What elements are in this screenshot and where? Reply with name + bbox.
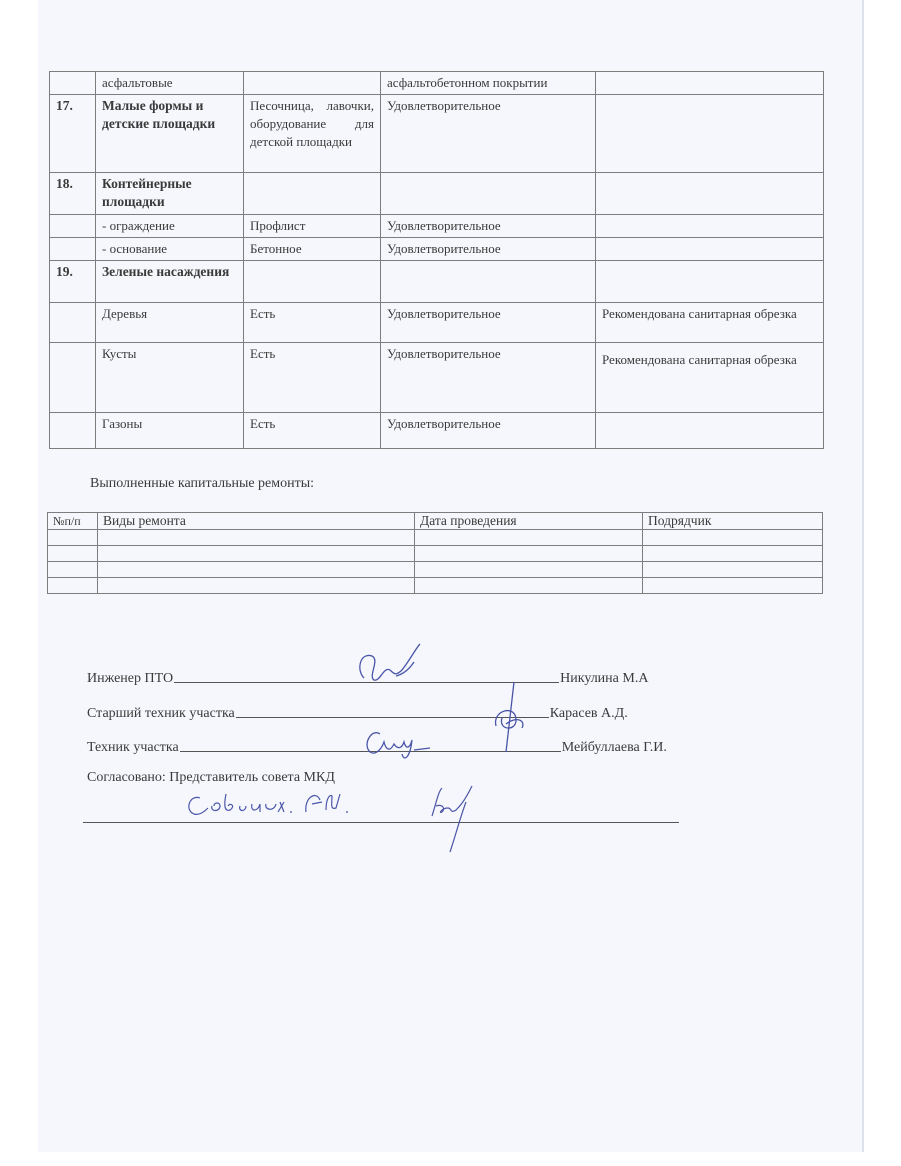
- column-header: Виды ремонта: [98, 513, 415, 530]
- table-row: [48, 546, 823, 562]
- column-header: Подрядчик: [643, 513, 823, 530]
- cell-num: [50, 303, 96, 343]
- cell-num: [50, 413, 96, 449]
- cell-condition: Удовлетворительное: [381, 303, 596, 343]
- empty-cell: [643, 546, 823, 562]
- handwritten-signature-icon: [350, 640, 430, 690]
- handwritten-signature-icon: [486, 680, 536, 760]
- cell-element: - ограждение: [96, 215, 244, 238]
- cell-note: [596, 215, 824, 238]
- cell-condition: [381, 261, 596, 303]
- empty-cell: [415, 562, 643, 578]
- cell-num: [50, 238, 96, 261]
- cell-condition: Удовлетворительное: [381, 215, 596, 238]
- cell-num: 19.: [50, 261, 96, 303]
- table-row: [48, 530, 823, 546]
- empty-cell: [98, 546, 415, 562]
- table-row: - ограждениеПрофлистУдовлетворительное: [50, 215, 824, 238]
- cell-material: Есть: [244, 413, 381, 449]
- cell-condition: Удовлетворительное: [381, 343, 596, 413]
- empty-cell: [48, 562, 98, 578]
- cell-element: Контейнерные площадки: [96, 173, 244, 215]
- cell-material: Профлист: [244, 215, 381, 238]
- cell-condition: асфальтобетонном покрытии: [381, 72, 596, 95]
- empty-cell: [98, 562, 415, 578]
- empty-cell: [643, 578, 823, 594]
- signature-name: Карасев А.Д.: [550, 706, 628, 721]
- cell-condition: Удовлетворительное: [381, 95, 596, 173]
- cell-num: [50, 72, 96, 95]
- table-row: КустыЕстьУдовлетворительноеРекомендована…: [50, 343, 824, 413]
- cell-material: Песочница, лавочки, оборудование для дет…: [244, 95, 381, 173]
- table-row: 19.Зеленые насаждения: [50, 261, 824, 303]
- table-row: - основаниеБетонноеУдовлетворительное: [50, 238, 824, 261]
- table-row: ГазоныЕстьУдовлетворительное: [50, 413, 824, 449]
- table-row: [48, 562, 823, 578]
- cell-material: [244, 72, 381, 95]
- cell-material: Есть: [244, 343, 381, 413]
- cell-element: Деревья: [96, 303, 244, 343]
- cell-condition: Удовлетворительное: [381, 413, 596, 449]
- empty-cell: [98, 530, 415, 546]
- signature-name: Мейбуллаева Г.И.: [562, 740, 667, 755]
- cell-note: [596, 72, 824, 95]
- cell-num: [50, 215, 96, 238]
- cell-element: Зеленые насаждения: [96, 261, 244, 303]
- cell-element: асфальтовые: [96, 72, 244, 95]
- cell-condition: [381, 173, 596, 215]
- empty-cell: [98, 578, 415, 594]
- table-row: ДеревьяЕстьУдовлетворительноеРекомендова…: [50, 303, 824, 343]
- cell-material: [244, 173, 381, 215]
- cell-material: [244, 261, 381, 303]
- cell-num: 18.: [50, 173, 96, 215]
- repairs-table: №п/пВиды ремонтаДата проведенияПодрядчик: [47, 512, 823, 594]
- cell-note: [596, 238, 824, 261]
- cell-num: 17.: [50, 95, 96, 173]
- empty-cell: [643, 562, 823, 578]
- cell-note: [596, 95, 824, 173]
- repairs-caption: Выполненные капитальные ремонты:: [90, 476, 314, 492]
- signature-role: Техник участка: [87, 740, 179, 755]
- cell-element: Газоны: [96, 413, 244, 449]
- empty-cell: [415, 546, 643, 562]
- table-row: 17.Малые формы и детские площадкиПесочни…: [50, 95, 824, 173]
- signature-role: Старший техник участка: [87, 706, 235, 721]
- empty-cell: [643, 530, 823, 546]
- cell-material: Бетонное: [244, 238, 381, 261]
- cell-element: Малые формы и детские площадки: [96, 95, 244, 173]
- empty-cell: [48, 578, 98, 594]
- empty-cell: [415, 578, 643, 594]
- column-header: №п/п: [48, 513, 98, 530]
- signature-role: Инженер ПТО: [87, 671, 173, 686]
- table-row: 18.Контейнерные площадки: [50, 173, 824, 215]
- handwritten-agreement-icon: [180, 780, 530, 855]
- cell-note: [596, 261, 824, 303]
- inspection-table: асфальтовыеасфальтобетонном покрытии17.М…: [49, 71, 824, 449]
- cell-condition: Удовлетворительное: [381, 238, 596, 261]
- table-row: [48, 578, 823, 594]
- column-header: Дата проведения: [415, 513, 643, 530]
- handwritten-signature-icon: [360, 724, 435, 764]
- cell-note: Рекомендована санитарная обрезка: [596, 343, 824, 413]
- signature-line-senior-tech: Старший техник участкаКарасев А.Д.: [87, 706, 628, 722]
- signature-name: Никулина М.А: [560, 671, 648, 686]
- table-row: асфальтовыеасфальтобетонном покрытии: [50, 72, 824, 95]
- cell-note: Рекомендована санитарная обрезка: [596, 303, 824, 343]
- table-header-row: №п/пВиды ремонтаДата проведенияПодрядчик: [48, 513, 823, 530]
- cell-element: - основание: [96, 238, 244, 261]
- cell-note: [596, 413, 824, 449]
- empty-cell: [48, 530, 98, 546]
- cell-num: [50, 343, 96, 413]
- cell-material: Есть: [244, 303, 381, 343]
- cell-note: [596, 173, 824, 215]
- empty-cell: [415, 530, 643, 546]
- cell-element: Кусты: [96, 343, 244, 413]
- empty-cell: [48, 546, 98, 562]
